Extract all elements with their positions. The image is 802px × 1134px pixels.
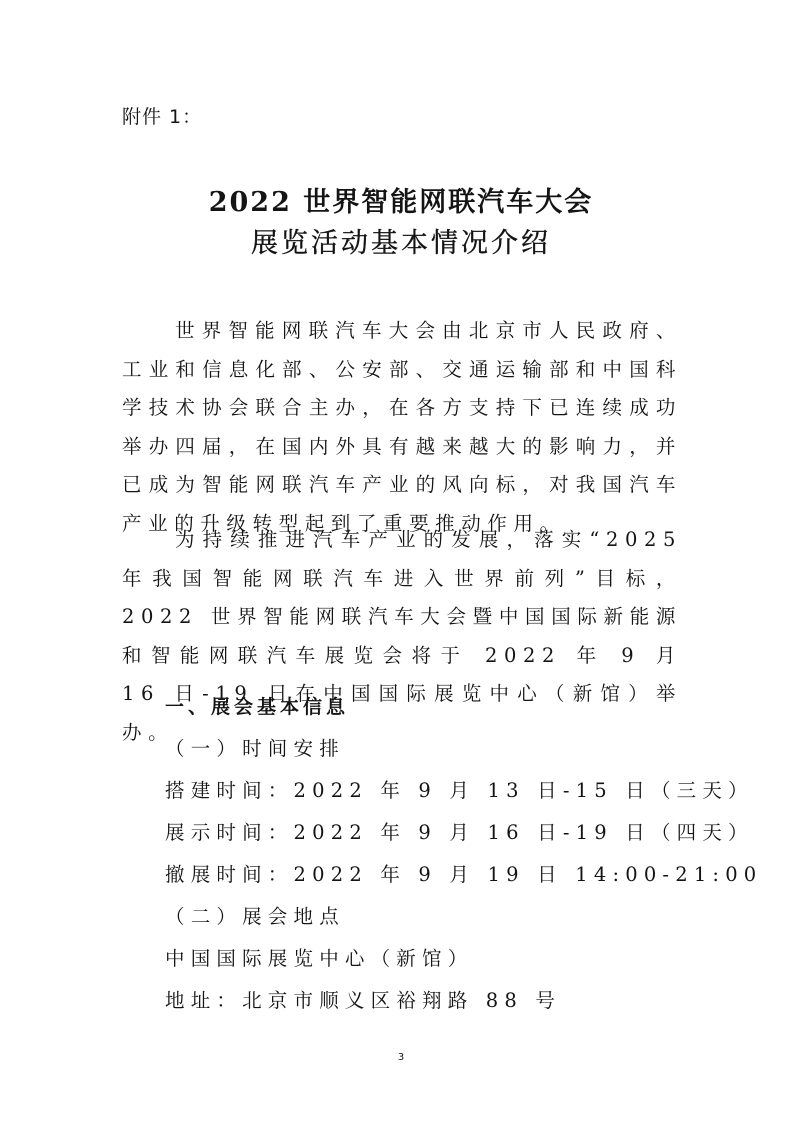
subsection-heading-venue: （二）展会地点 bbox=[165, 902, 345, 932]
intro-paragraph: 世界智能网联汽车大会由北京市人民政府、工业和信息化部、公安部、交通运输部和中国科… bbox=[122, 312, 682, 543]
document-title-line-2: 展览活动基本情况介绍 bbox=[0, 226, 802, 262]
attachment-label: 附件 1： bbox=[122, 104, 202, 130]
document-page: 附件 1： 2022 世界智能网联汽车大会 展览活动基本情况介绍 世界智能网联汽… bbox=[0, 0, 802, 1134]
section-heading-basic-info: 一、展会基本信息 bbox=[165, 692, 349, 722]
subsection-heading-schedule: （一）时间安排 bbox=[165, 734, 345, 764]
page-number: 3 bbox=[0, 1052, 802, 1063]
schedule-exhibition-time: 展示时间：2022 年 9 月 16 日-19 日（四天） bbox=[165, 818, 754, 848]
schedule-teardown-time: 撤展时间：2022 年 9 月 19 日 14:00-21:00 bbox=[165, 860, 762, 890]
document-title-line-1: 2022 世界智能网联汽车大会 bbox=[0, 185, 802, 221]
venue-address: 地址：北京市顺义区裕翔路 88 号 bbox=[165, 986, 561, 1016]
schedule-setup-time: 搭建时间：2022 年 9 月 13 日-15 日（三天） bbox=[165, 776, 754, 806]
venue-name: 中国国际展览中心（新馆） bbox=[165, 944, 473, 974]
